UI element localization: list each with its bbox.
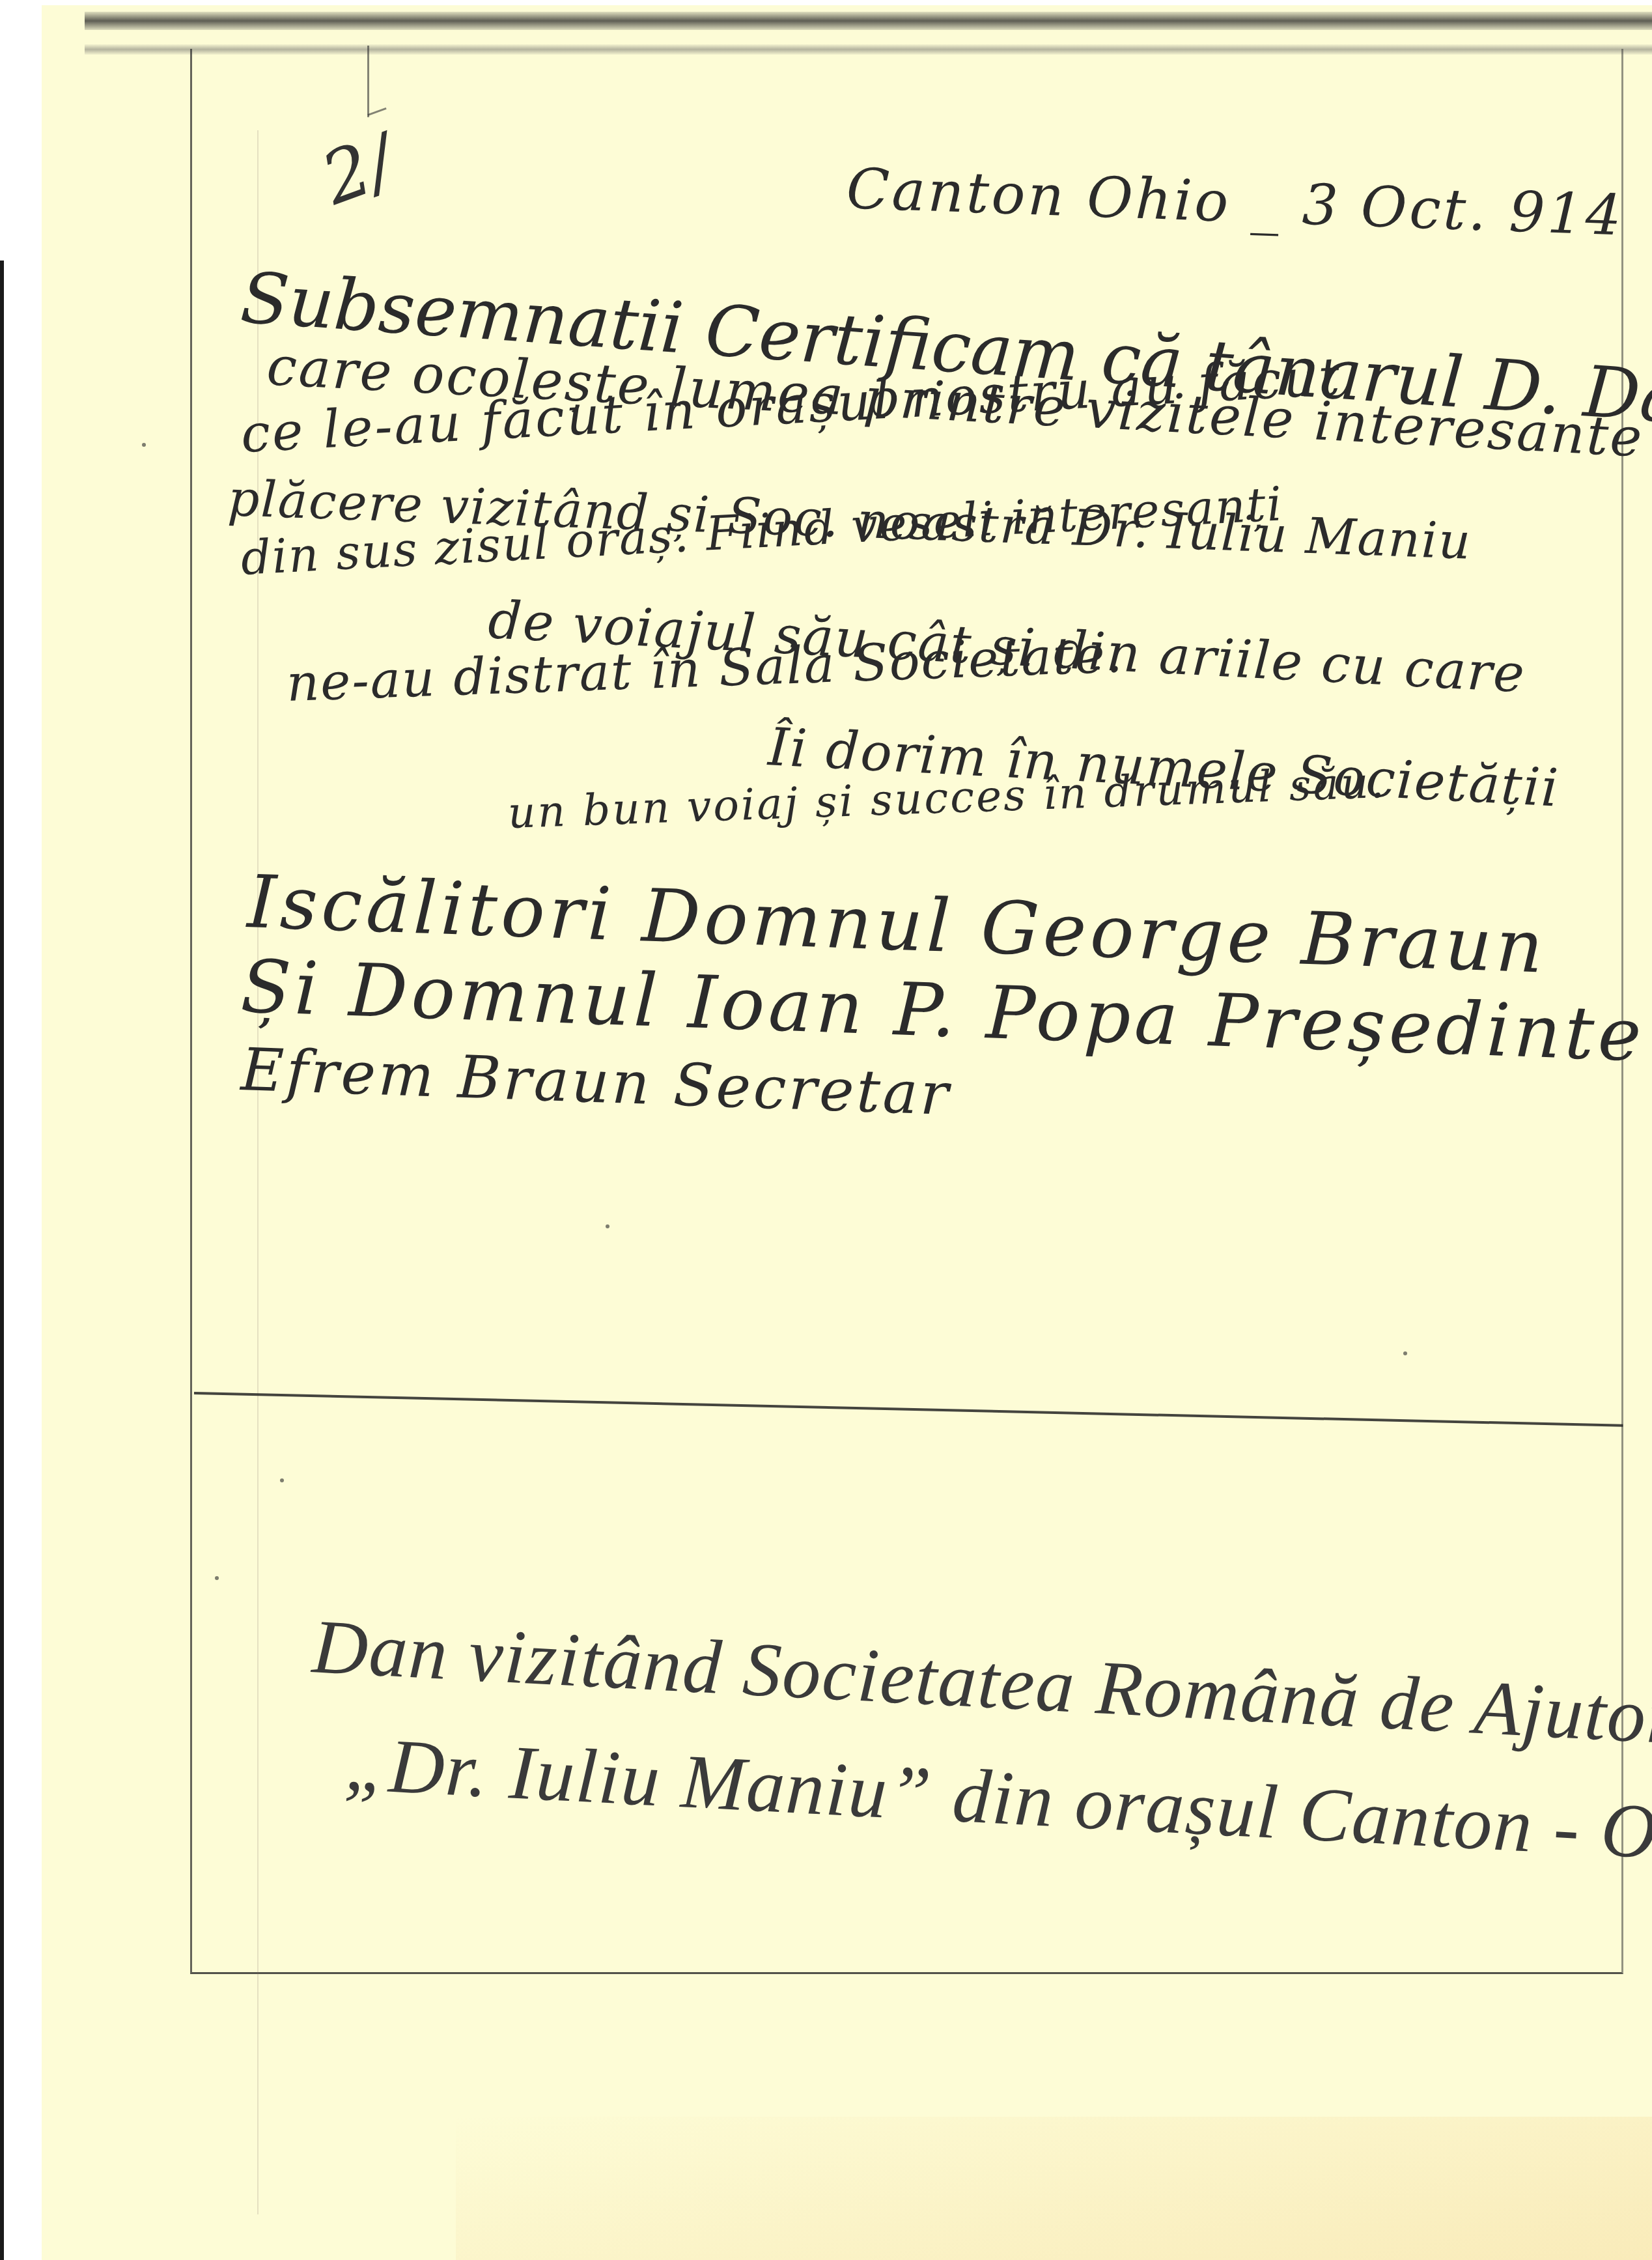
ink-speck — [606, 1224, 609, 1228]
paper-stain — [456, 2117, 1652, 2260]
ink-speck — [142, 443, 146, 447]
ink-speck — [215, 1576, 219, 1580]
scan-edge — [0, 261, 4, 2260]
ink-speck — [280, 1478, 284, 1482]
ink-speck — [1403, 1351, 1407, 1355]
top-edge-smudge — [85, 12, 1652, 30]
